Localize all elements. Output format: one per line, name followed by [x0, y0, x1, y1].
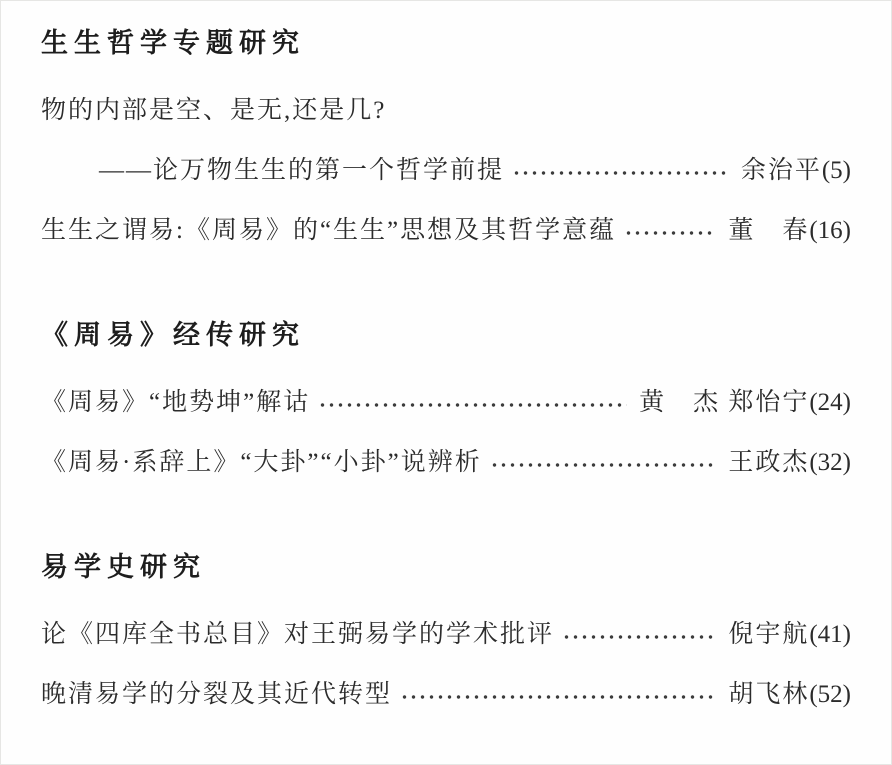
toc-row: ——论万物生生的第一个哲学前提余治平(5) — [41, 153, 851, 189]
dot-leader — [400, 678, 716, 712]
author-page: 黄 杰 郑怡宁(24) — [639, 385, 851, 421]
entry-title: 晚清易学的分裂及其近代转型 — [41, 677, 392, 713]
dot-leader — [562, 618, 716, 652]
toc-row: 《周易·系辞上》“大卦”“小卦”说辨析王政杰(32) — [41, 445, 851, 481]
entry-author: 余治平 — [741, 157, 822, 184]
entry-author: 倪宇航 — [728, 621, 809, 648]
entry-title: ——论万物生生的第一个哲学前提 — [99, 153, 504, 189]
toc-row: 生生之谓易:《周易》的“生生”思想及其哲学意蕴董 春(16) — [41, 213, 851, 249]
toc-section: 《周易》经传研究《周易》“地势坤”解诂黄 杰 郑怡宁(24)《周易·系辞上》“大… — [41, 319, 851, 481]
entry-author: 胡飞林 — [728, 681, 809, 708]
author-page: 倪宇航(41) — [728, 617, 851, 653]
section-heading: 生生哲学专题研究 — [41, 27, 851, 59]
dot-leader — [512, 154, 729, 188]
entry-page: (41) — [809, 621, 851, 648]
entry-title: 物的内部是空、是无,还是几? — [41, 93, 386, 129]
toc-section: 生生哲学专题研究物的内部是空、是无,还是几?——论万物生生的第一个哲学前提余治平… — [41, 27, 851, 249]
dot-leader — [318, 386, 627, 420]
section-heading: 易学史研究 — [41, 551, 851, 583]
toc-row: 晚清易学的分裂及其近代转型胡飞林(52) — [41, 677, 851, 713]
author-page: 余治平(5) — [741, 153, 851, 189]
entry-page: (16) — [809, 217, 851, 244]
entry-page: (24) — [809, 389, 851, 416]
toc-page: 生生哲学专题研究物的内部是空、是无,还是几?——论万物生生的第一个哲学前提余治平… — [0, 0, 892, 765]
entry-page: (52) — [809, 681, 851, 708]
author-page: 董 春(16) — [728, 213, 851, 249]
entry-title: 生生之谓易:《周易》的“生生”思想及其哲学意蕴 — [41, 213, 616, 249]
author-page: 王政杰(32) — [728, 445, 851, 481]
section-heading: 《周易》经传研究 — [41, 319, 851, 351]
entry-author: 王政杰 — [728, 449, 809, 476]
entry-title: 论《四库全书总目》对王弼易学的学术批评 — [41, 617, 554, 653]
entry-author: 董 春 — [728, 217, 809, 244]
entry-page: (5) — [822, 157, 851, 184]
author-page: 胡飞林(52) — [728, 677, 851, 713]
dot-leader — [490, 446, 717, 480]
toc-row: 物的内部是空、是无,还是几? — [41, 93, 851, 129]
dot-leader — [624, 214, 716, 248]
toc-row: 论《四库全书总目》对王弼易学的学术批评倪宇航(41) — [41, 617, 851, 653]
entry-title: 《周易·系辞上》“大卦”“小卦”说辨析 — [41, 445, 482, 481]
toc-section: 易学史研究论《四库全书总目》对王弼易学的学术批评倪宇航(41)晚清易学的分裂及其… — [41, 551, 851, 713]
entry-author: 黄 杰 郑怡宁 — [639, 389, 809, 416]
toc-row: 《周易》“地势坤”解诂黄 杰 郑怡宁(24) — [41, 385, 851, 421]
entry-page: (32) — [809, 449, 851, 476]
entry-title: 《周易》“地势坤”解诂 — [41, 385, 310, 421]
